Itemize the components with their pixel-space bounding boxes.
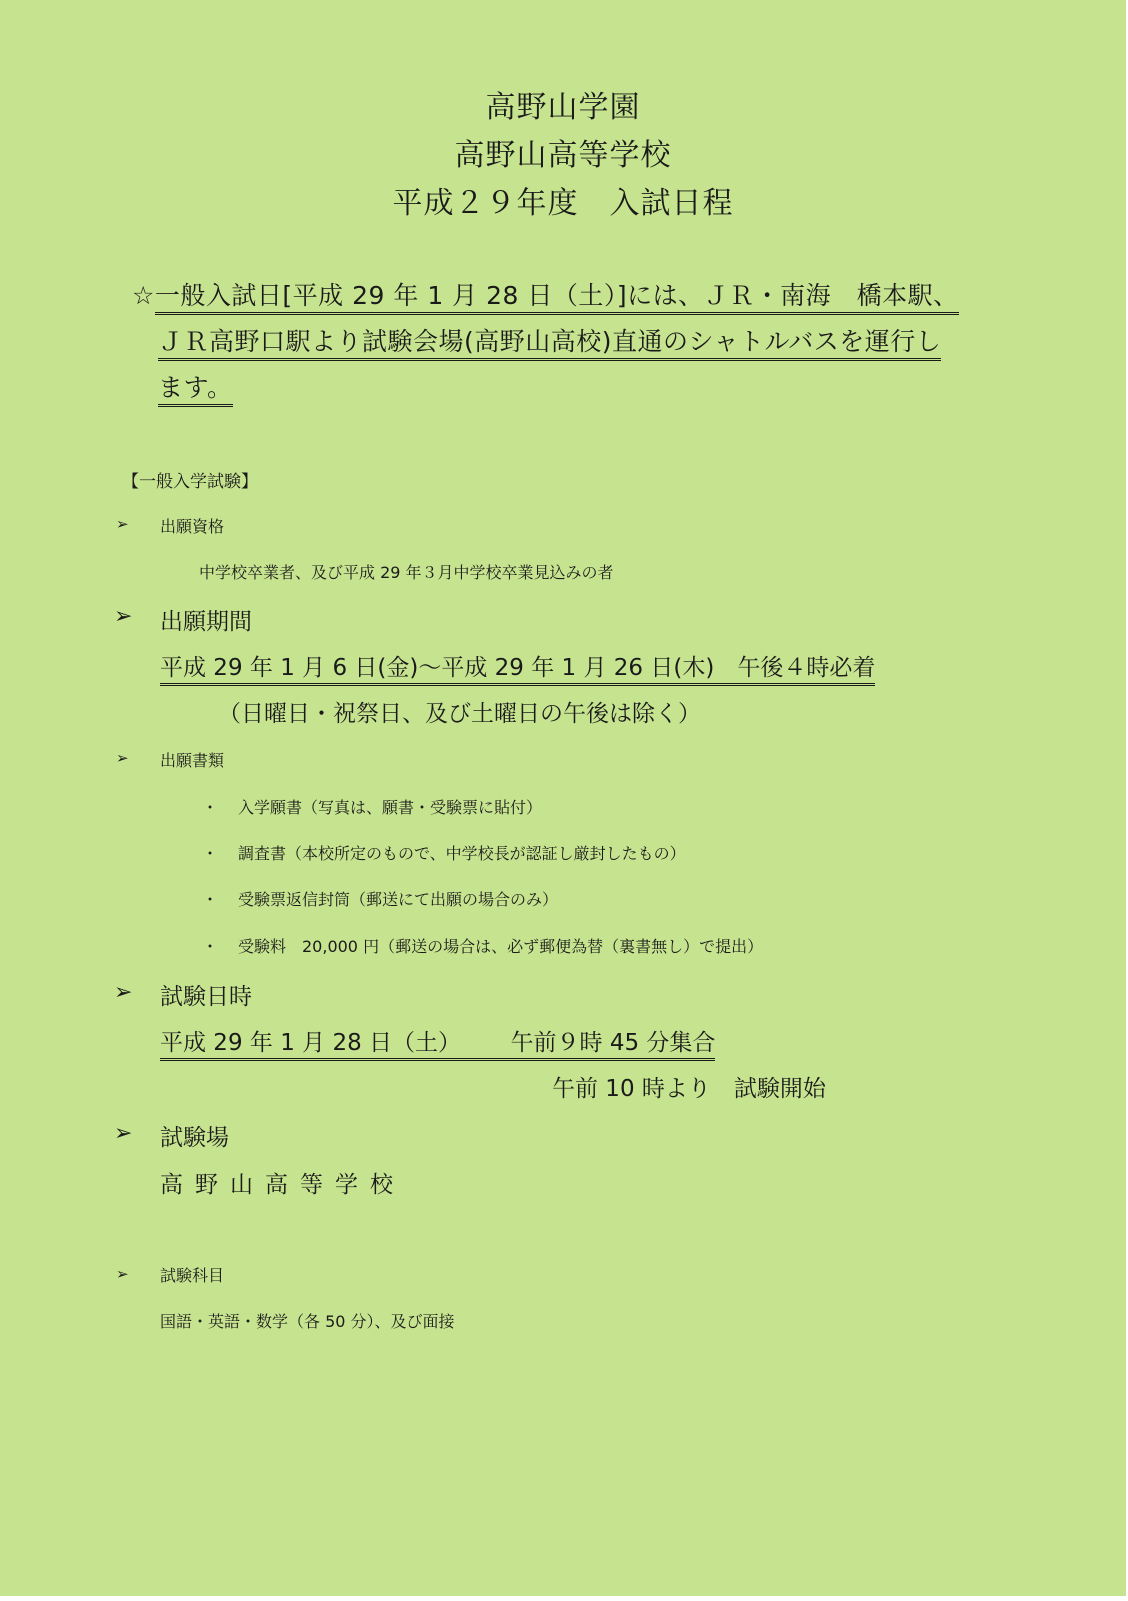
arrow-bullet-icon: ➢ <box>114 1121 132 1146</box>
arrow-bullet-icon: ➢ <box>114 604 132 629</box>
qualification-body: 中学校卒業者、及び平成 29 年３月中学校卒業見込みの者 <box>199 560 614 583</box>
star-icon: ☆ <box>132 281 155 310</box>
exam-start-time: 午前 10 時より 試験開始 <box>552 1070 826 1103</box>
arrow-bullet-icon: ➢ <box>116 515 129 533</box>
subjects-body: 国語・英語・数学（各 50 分）、及び面接 <box>160 1309 455 1332</box>
list-bullet-icon: ・ <box>202 934 218 957</box>
exam-date-and-assembly: 平成 29 年 1 月 28 日（土） 午前９時 45 分集合 <box>160 1030 715 1061</box>
documents-label: 出願書類 <box>160 748 224 771</box>
header-school-name: 高野山高等学校 <box>0 130 1126 174</box>
arrow-bullet-icon: ➢ <box>116 1265 129 1283</box>
notice-line-2: ＪＲ高野口駅より試験会場(高野山高校)直通のシャトルバスを運行し <box>158 322 941 358</box>
exam-datetime-line: 平成 29 年 1 月 28 日（土） 午前９時 45 分集合 <box>160 1024 715 1057</box>
header-doc-title: 平成２９年度 入試日程 <box>0 178 1126 222</box>
notice-line-1: ☆一般入試日[平成 29 年 1 月 28 日（土）]には、ＪＲ・南海 橋本駅、 <box>132 276 959 312</box>
exam-date: 平成 29 年 1 月 28 日（土） <box>160 1030 473 1056</box>
application-period-body: 平成 29 年 1 月 6 日(金)～平成 29 年 1 月 26 日(木) 午… <box>160 649 875 682</box>
venue-label: 試験場 <box>160 1119 229 1152</box>
document-item: 受験票返信封筒（郵送にて出願の場合のみ） <box>238 887 558 910</box>
application-period-dates: 平成 29 年 1 月 6 日(金)～平成 29 年 1 月 26 日(木) 午… <box>160 655 875 686</box>
header-org-name: 高野山学園 <box>0 82 1126 126</box>
notice-text-1: 一般入試日[平成 29 年 1 月 28 日（土）]には、ＪＲ・南海 橋本駅、 <box>155 281 959 315</box>
venue-name: 高野山高等学校 <box>160 1166 405 1199</box>
document-page: 高野山学園 高野山高等学校 平成２９年度 入試日程 ☆一般入試日[平成 29 年… <box>0 0 1126 1596</box>
document-item: 受験料 20,000 円（郵送の場合は、必ず郵便為替（裏書無し）で提出） <box>238 934 763 957</box>
section-title: 【一般入学試験】 <box>122 467 258 492</box>
subjects-label: 試験科目 <box>160 1263 224 1286</box>
exam-assembly-time: 午前９時 45 分集合 <box>511 1030 716 1056</box>
application-period-note: （日曜日・祝祭日、及び土曜日の午後は除く） <box>218 695 701 728</box>
notice-text-2: ＪＲ高野口駅より試験会場(高野山高校)直通のシャトルバスを運行し <box>158 327 941 361</box>
notice-line-3: ます。 <box>158 368 233 404</box>
arrow-bullet-icon: ➢ <box>114 980 132 1005</box>
list-bullet-icon: ・ <box>202 841 218 864</box>
document-item: 入学願書（写真は、願書・受験票に貼付） <box>238 795 542 818</box>
application-period-label: 出願期間 <box>160 603 252 636</box>
notice-text-3: ます。 <box>158 373 233 407</box>
arrow-bullet-icon: ➢ <box>116 749 129 767</box>
list-bullet-icon: ・ <box>202 795 218 818</box>
list-bullet-icon: ・ <box>202 887 218 910</box>
qualification-label: 出願資格 <box>160 514 224 537</box>
document-item: 調査書（本校所定のもので、中学校長が認証し厳封したもの） <box>238 841 686 864</box>
exam-datetime-label: 試験日時 <box>160 978 252 1011</box>
